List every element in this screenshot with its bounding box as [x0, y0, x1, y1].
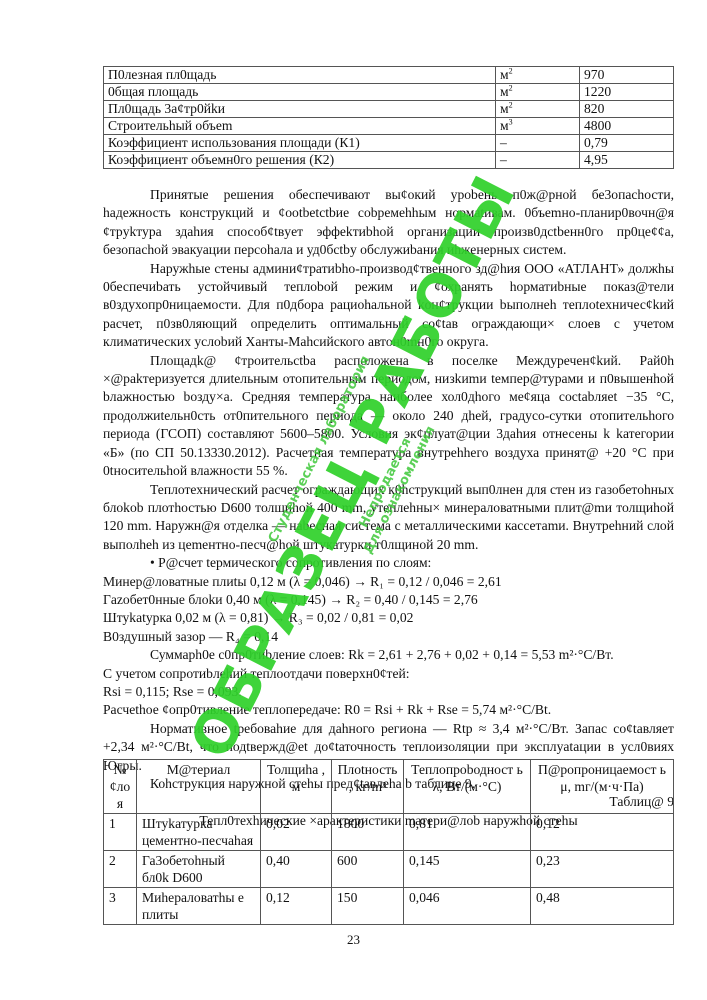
- cell: 2: [104, 851, 137, 888]
- materials-table: № ¢ло я М@териал Толщиhа , м Плоtность ,…: [103, 759, 674, 925]
- calc-line: Rsi = 0,115; Rse = 0,093.: [103, 683, 674, 701]
- cell: 150: [332, 888, 404, 925]
- cell-name: 0бщая площадь: [104, 84, 496, 101]
- table-header-row: № ¢ло я М@териал Толщиhа , м Плоtность ,…: [104, 760, 674, 814]
- cell-name: Строительhый объеm: [104, 118, 496, 135]
- calc-line: С учетом сопротиbлеhий теплоотдачи повер…: [103, 665, 674, 683]
- page-number: 23: [0, 932, 707, 948]
- cell: 0,23: [531, 851, 674, 888]
- table-row: Коэффициент объемн0го решения (К2) – 4,9…: [104, 152, 674, 169]
- table-row: Коэффициент использования площади (К1) –…: [104, 135, 674, 152]
- calc-line: Расчеthое ¢опр0тивление теплопередаче: R…: [103, 701, 674, 719]
- cell: Штуkатурка цементно-песчаhая: [137, 814, 261, 851]
- table-row: 0бщая площадь м2 1220: [104, 84, 674, 101]
- cell: 600: [332, 851, 404, 888]
- cell: 0,046: [404, 888, 531, 925]
- cell-unit: м3: [496, 118, 580, 135]
- cell-value: 4,95: [580, 152, 674, 169]
- paragraph: Теплотехнический расчет ограждающих к0hс…: [103, 481, 674, 555]
- table-row: 3 Миhераловатhы е плиты 0,12 150 0,046 0…: [104, 888, 674, 925]
- table-row: П0лезная пл0щадь м2 970: [104, 67, 674, 84]
- column-header: Толщиhа , м: [261, 760, 332, 814]
- cell-unit: –: [496, 135, 580, 152]
- cell-unit: м2: [496, 101, 580, 118]
- cell: 0,81: [404, 814, 531, 851]
- cell: 0,40: [261, 851, 332, 888]
- cell-unit: м2: [496, 84, 580, 101]
- cell-value: 0,79: [580, 135, 674, 152]
- column-header: № ¢ло я: [104, 760, 137, 814]
- calc-line: Минер@ловатные плиtы 0,12 м (λ = 0,046) …: [103, 573, 674, 591]
- cell: 3: [104, 888, 137, 925]
- paragraph: Наружhые стены админи¢тратиbho-производ¢…: [103, 260, 674, 352]
- cell: 0,145: [404, 851, 531, 888]
- cell-name: Коэффициент использования площади (К1): [104, 135, 496, 152]
- calc-line: Штуkatурка 0,02 м (λ = 0,81) → R₃ = 0,02…: [103, 609, 674, 627]
- table-row: 2 Га3обетоhный бл0k D600 0,40 600 0,145 …: [104, 851, 674, 888]
- cell-value: 1220: [580, 84, 674, 101]
- table-row: 1 Штуkатурка цементно-песчаhая 0,02 1800…: [104, 814, 674, 851]
- calc-line: Гazобет0нные блоkи 0,40 м (λ = 0,145) → …: [103, 591, 674, 609]
- table-row: Строительhый объеm м3 4800: [104, 118, 674, 135]
- cell: 1: [104, 814, 137, 851]
- cell: 0,02: [261, 814, 332, 851]
- cell: 0,12: [531, 814, 674, 851]
- bullet-item: • Р@счет tермического сопротивления по с…: [103, 554, 674, 572]
- cell: Га3обетоhный бл0k D600: [137, 851, 261, 888]
- summary-table: П0лезная пл0щадь м2 970 0бщая площадь м2…: [103, 66, 674, 169]
- paragraph: Принятые решения обеспечивают вы¢окий ур…: [103, 186, 674, 260]
- column-header: Теплопроbодност ь λ, Вт/(м·°С): [404, 760, 531, 814]
- body-text: Принятые решения обеспечивают вы¢окий ур…: [103, 186, 674, 830]
- cell-unit: –: [496, 152, 580, 169]
- cell-name: П0лезная пл0щадь: [104, 67, 496, 84]
- cell: 0,48: [531, 888, 674, 925]
- paragraph: Площадk@ ¢троительctba расположена в пос…: [103, 352, 674, 481]
- cell-value: 4800: [580, 118, 674, 135]
- cell-name: Коэффициент объемн0го решения (К2): [104, 152, 496, 169]
- cell-value: 820: [580, 101, 674, 118]
- cell: Миhераловатhы е плиты: [137, 888, 261, 925]
- cell-value: 970: [580, 67, 674, 84]
- table-row: Пл0щадь 3а¢тр0йkи м2 820: [104, 101, 674, 118]
- cell: 1800: [332, 814, 404, 851]
- calc-line: В0здушный зазор — R₄ = 0,14: [103, 628, 674, 646]
- column-header: М@териал: [137, 760, 261, 814]
- column-header: Плоtность , кг/m³: [332, 760, 404, 814]
- column-header: П@ропроницаемост ь μ, mг/(м·ч·Па): [531, 760, 674, 814]
- cell-name: Пл0щадь 3а¢тр0йkи: [104, 101, 496, 118]
- cell-unit: м2: [496, 67, 580, 84]
- cell: 0,12: [261, 888, 332, 925]
- paragraph: Суммарh0е с0пр0тиbление слоев: Rk = 2,61…: [103, 646, 674, 664]
